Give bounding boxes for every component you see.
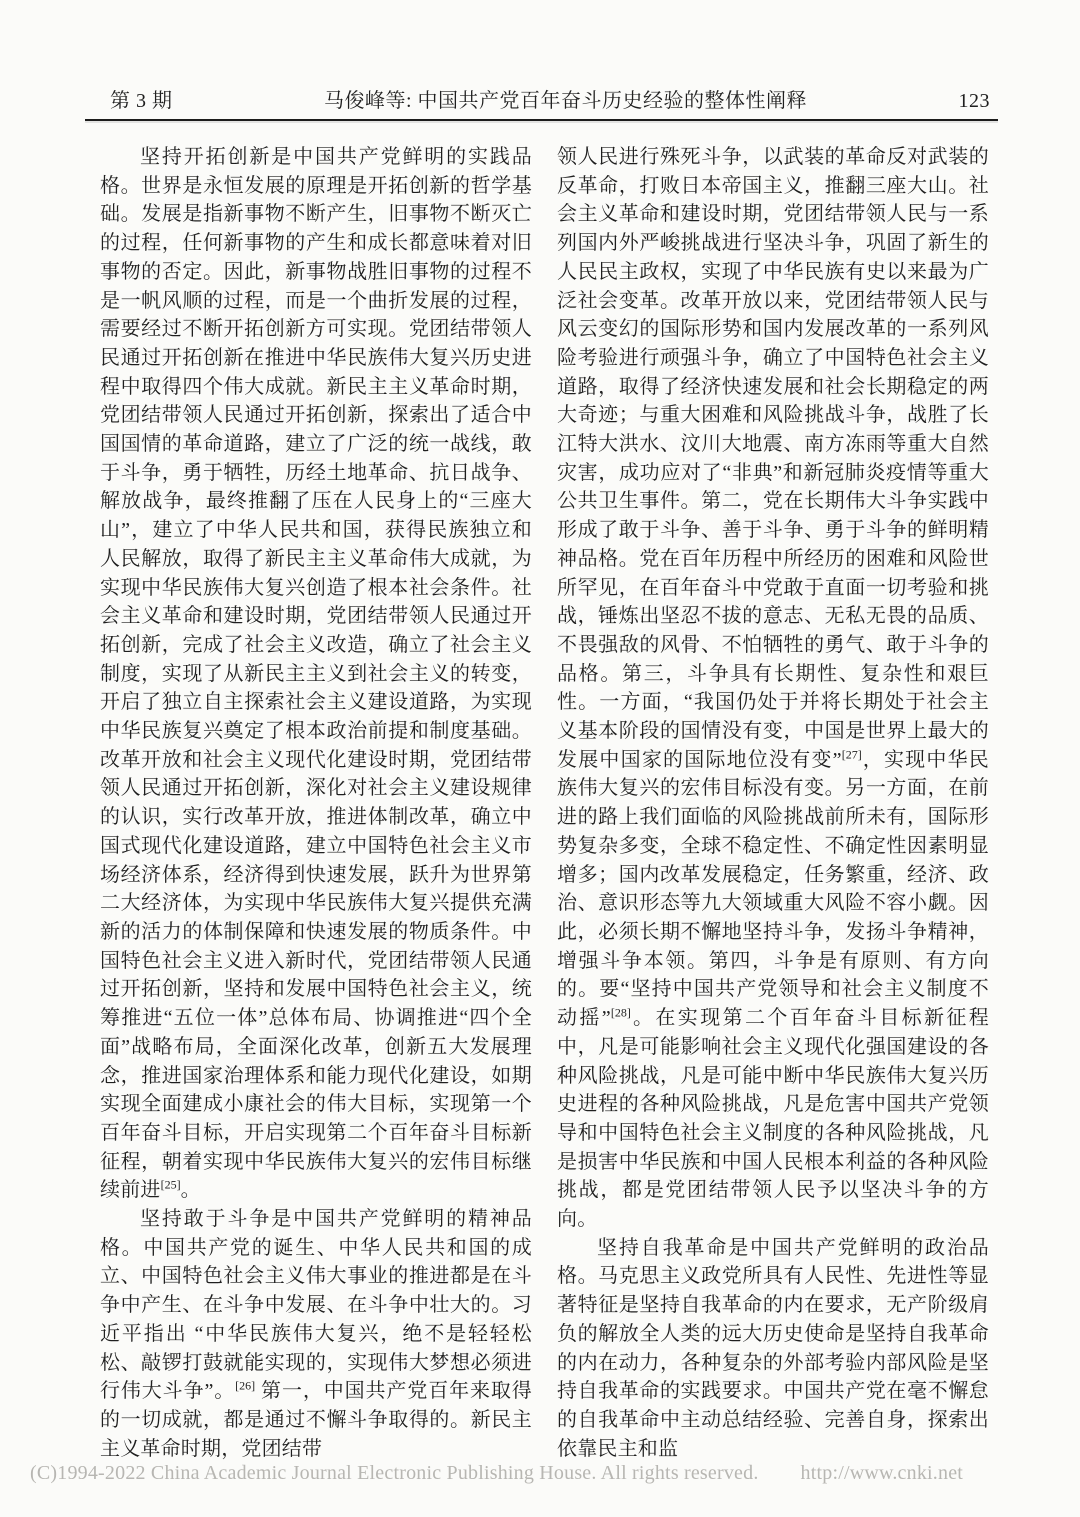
paragraph: 领人民进行殊死斗争，以武装的革命反对武装的反革命，打败日本帝国主义，推翻三座大山… (557, 143, 989, 1234)
right-column: 领人民进行殊死斗争，以武装的革命反对武装的反革命，打败日本帝国主义，推翻三座大山… (557, 143, 989, 1463)
paragraph: 坚持开拓创新是中国共产党鲜明的实践品格。世界是永恒发展的原理是开拓创新的哲学基础… (100, 143, 532, 1205)
page-number: 123 (959, 90, 999, 113)
running-header: 第 3 期 马俊峰等: 中国共产党百年奋斗历史经验的整体性阐释 123 (85, 84, 998, 113)
running-title: 马俊峰等: 中国共产党百年奋斗历史经验的整体性阐释 (173, 84, 959, 113)
cnki-url: http://www.cnki.net (801, 1462, 963, 1485)
paragraph: 坚持敢于斗争是中国共产党鲜明的精神品格。中国共产党的诞生、中华人民共和国的成立、… (100, 1205, 532, 1463)
citation-ref: [25] (161, 1178, 181, 1192)
citation-ref: [27] (842, 747, 862, 761)
article-body: 坚持开拓创新是中国共产党鲜明的实践品格。世界是永恒发展的原理是开拓创新的哲学基础… (100, 143, 989, 1463)
left-column: 坚持开拓创新是中国共产党鲜明的实践品格。世界是永恒发展的原理是开拓创新的哲学基础… (100, 143, 532, 1463)
issue-number: 第 3 期 (85, 84, 173, 113)
copyright-text: (C)1994-2022 China Academic Journal Elec… (30, 1462, 759, 1485)
citation-ref: [28] (611, 1005, 631, 1019)
paragraph: 坚持自我革命是中国共产党鲜明的政治品格。马克思主义政党所具有人民性、先进性等显著… (557, 1234, 989, 1464)
citation-ref: [26] (235, 1379, 255, 1393)
journal-page: 第 3 期 马俊峰等: 中国共产党百年奋斗历史经验的整体性阐释 123 坚持开拓… (0, 0, 1080, 1517)
copyright-footer: (C)1994-2022 China Academic Journal Elec… (30, 1462, 1050, 1485)
header-divider-rule (85, 119, 998, 121)
